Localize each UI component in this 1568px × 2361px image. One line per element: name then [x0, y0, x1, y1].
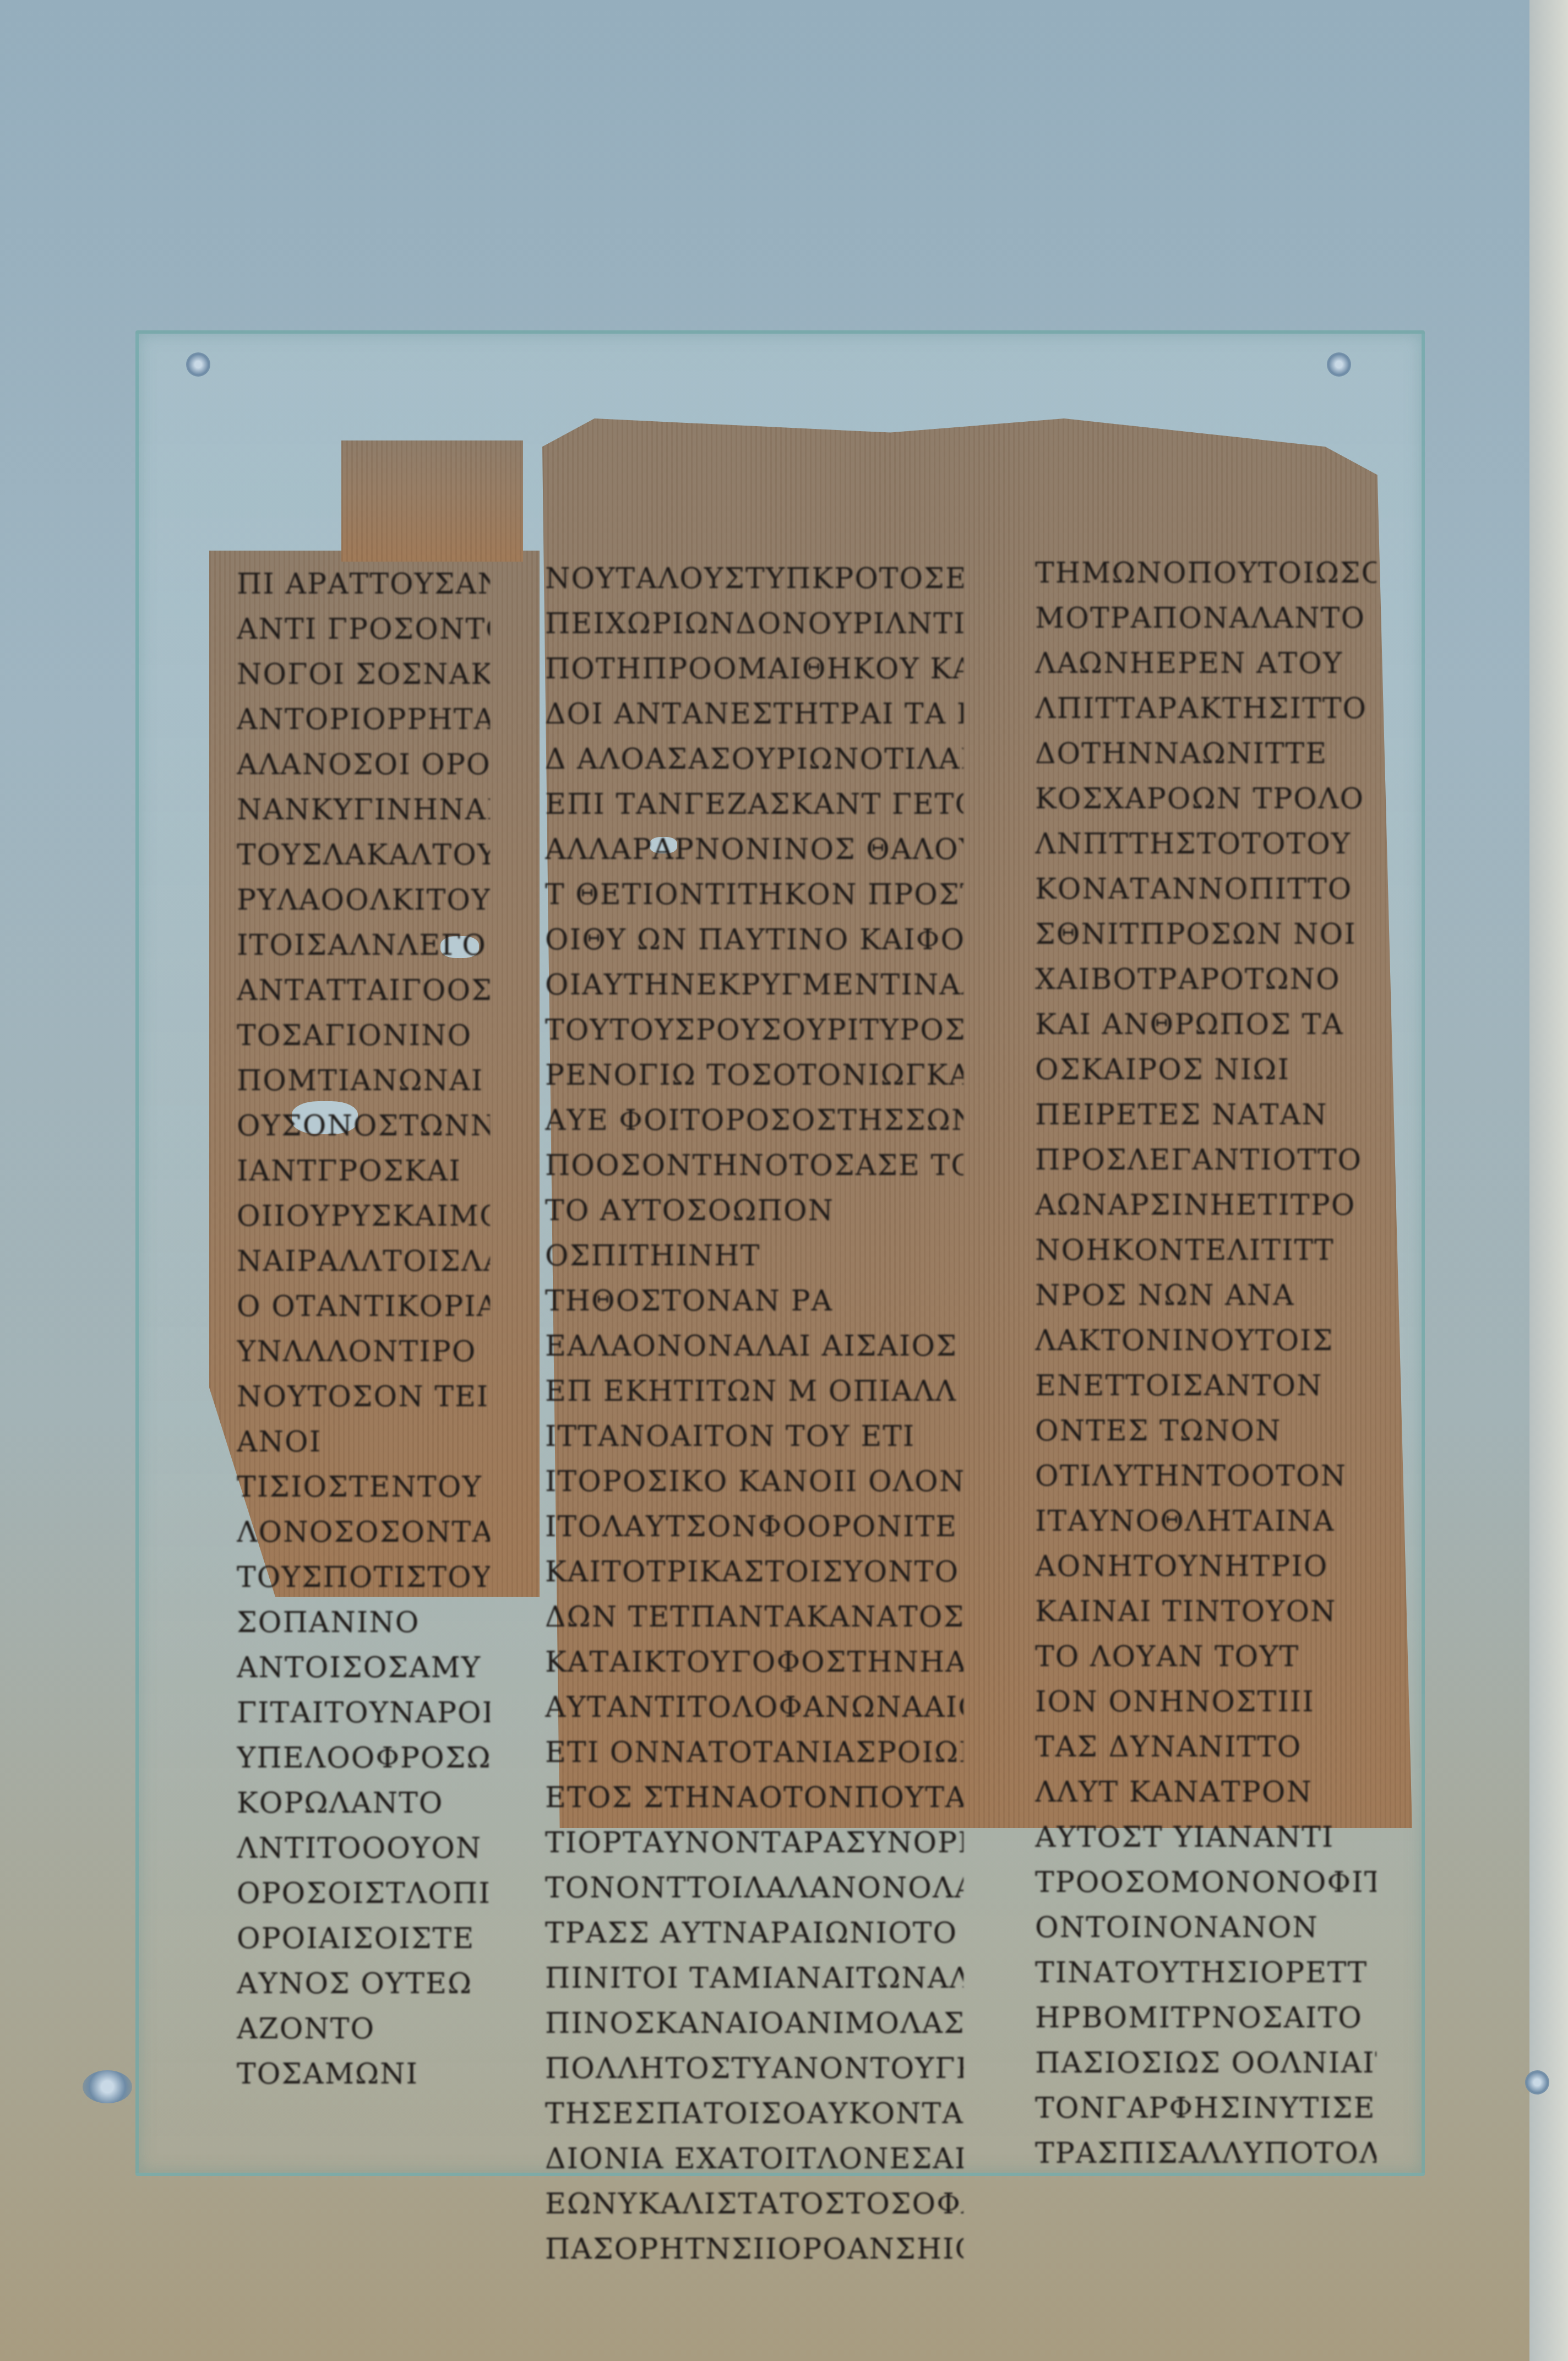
text-line: ΥΝΛΛΛΟΝΤΙΡΟ: [237, 1329, 490, 1374]
text-line: ΟΣΚΑΙΡΟΣ ΝΙΩΙ: [1035, 1047, 1376, 1092]
text-line: ΡΕΝΟΓΙΩ ΤΟΣΟΤΟΝΙΩΓΚΑΝΟ: [545, 1053, 963, 1098]
text-line: ΛΠΙΤΤΑΡΑΚΤΗΣΙΤΤΟ: [1035, 686, 1376, 731]
text-line: ΠΡΟΣΛΕΓΑΝΤΙΟΤΤΟ: [1035, 1138, 1376, 1183]
text-line: ΡΥΛΑΟΟΛΚΙΤΟΥΟ: [237, 878, 490, 923]
text-line: ΠΕΙΡΕΤΕΣ ΝΑΤΑΝ: [1035, 1092, 1376, 1138]
text-line: ΗΡΒΟΜΙΤΡΝΟΣΑΙΤΟ: [1035, 1995, 1376, 2041]
papyrus-left-top-piece: [341, 440, 523, 562]
text-line: ΟΡΟΙΑΙΣΟΙΣΤΕ: [237, 1916, 490, 1961]
text-line: ΚΟΣΧΑΡΟΩΝ ΤΡΟΛΟ: [1035, 776, 1376, 822]
text-line: ΑΖΟΝΤΟ: [237, 2006, 490, 2052]
text-line: ΠΑΣΟΡΗΤΝΣΙΙΟΡΟΑΝΣΗΙΟΤΟ: [545, 2227, 963, 2272]
text-line: ΠΟΤΗΠΡΟΟΜΑΙΘΗΚΟΥ ΚΑΙ ΤΟΜΙ: [545, 646, 963, 692]
text-line: ΑΥΤΟΣΤ ΥΙΑΝΑΝΤΙ: [1035, 1815, 1376, 1860]
text-line: ΙΤΟΛΑΥΤΣΟΝΦΟΟΡΟΝΙΤΕ: [545, 1504, 963, 1549]
text-line: ΣΟΠΑΝΙΝΟ: [237, 1600, 490, 1645]
text-line: ΓΙΤΑΙΤΟΥΝΑΡΟΙ: [237, 1690, 490, 1736]
text-line: ΠΟΛΛΗΤΟΣΤΥΑΝΟΝΤΟΥΓΡΙΛΙΑΣ: [545, 2046, 963, 2091]
text-line: ΟΡΟΣΟΙΣΤΛΟΠΙ: [237, 1871, 490, 1916]
text-line: ΤΡΟΟΣΟΜΟΝΟΝΟΦΙΤΙ: [1035, 1860, 1376, 1905]
wall-edge: [1529, 0, 1568, 2361]
text-line: Δ ΑΛΟΑΣΑΣΟΥΡΙΩΝΟΤΙΛΑΣΚΤΟΥΣ: [545, 737, 963, 782]
text-line: ΟΥΣΟΝΟΣΤΩΝΝ: [237, 1103, 490, 1149]
text-line: ΟΣΠΙΤΗΙΝΗΤ: [545, 1233, 963, 1279]
text-line: ΛΟΝΟΣΟΣΟΝΤΑΤΟ: [237, 1510, 490, 1555]
text-line: ΔΟΙ ΑΝΤΑΝΕΣΤΗΤΡΑΙ ΤΑ ΚΑΙΑΥ: [545, 692, 963, 737]
text-line: ΠΑΣΙΟΣΙΩΣ ΟΟΛΝΙΑΙΤ: [1035, 2041, 1376, 2086]
text-line: ΤΟΥΣΠΟΤΙΣΤΟΥ: [237, 1555, 490, 1600]
text-column-right: ΤΗΜΩΝΟΠΟΥΤΟΙΩΣΟΜΟΤΡΑΠΟΝΑΛΑΝΤΟΛΑΩΝΗΕΡΕΝ Α…: [1035, 551, 1376, 2176]
text-line: ΠΟΜΤΙΑΝΩΝΑΙ: [237, 1058, 490, 1103]
text-line: ΑΥΝΟΣ ΟΥΤΕΩ: [237, 1961, 490, 2006]
text-line: ΛΛΥΤ ΚΑΝΑΤΡΟΝ: [1035, 1770, 1376, 1815]
text-line: ΚΟΡΩΛΑΝΤΟ: [237, 1781, 490, 1826]
text-line: ΑΥΤΑΝΤΙΤΟΛΟΦΑΝΩΝΑΑΙΟΟΟΟΟ: [545, 1685, 963, 1730]
text-line: Τ ΘΕΤΙΟΝΤΙΤΗΚΟΝ ΠΡΟΣΤΟΙΣ: [545, 872, 963, 917]
text-line: ΑΝΟΙ: [237, 1419, 490, 1465]
text-line: ΟΤΙΛΥΤΗΝΤΟΟΤΟΝ: [1035, 1454, 1376, 1499]
text-line: ΤΟΣΑΓΙΟΝΙΝΟ: [237, 1013, 490, 1058]
text-line: ΤΙΝΑΤΟΥΤΗΣΙΟΡΕΤΤ: [1035, 1950, 1376, 1995]
text-line: ΙΤΤΑΝΟΑΙΤΟΝ ΤΟΥ ΕΤΙ: [545, 1414, 963, 1459]
text-line: ΑΝΤΟΙΣΟΣΑΜΥ: [237, 1645, 490, 1690]
text-line: ΠΟΟΣΟΝΤΗΝΟΤΟΣΑΣΕ ΤΟΥ: [545, 1143, 963, 1188]
text-line: ΚΑΙΤΟΤΡΙΚΑΣΤΟΙΣΥΟΝΤΟ ΚΑΙΟ: [545, 1549, 963, 1595]
text-line: ΑΛΛΑΡΑΡΝΟΝΙΝΟΣ ΘΑΛΟΥΦΑΝΤΙ: [545, 827, 963, 872]
text-line: ΟΙΙΟΥΡΥΣΚΑΙΜΟ: [237, 1194, 490, 1239]
text-line: ΟΙΑΥΤΗΝΕΚΡΥΓΜΕΝΤΙΝΑΛΛΟΙΩΝ: [545, 962, 963, 1008]
text-line: ΧΑΙΒΟΤΡΑΡΟΤΩΝΟ: [1035, 957, 1376, 1002]
mounting-pin-top-right: [1327, 352, 1351, 377]
text-line: Ο ΟΤΑΝΤΙΚΟΡΙΑΝΟΙ: [237, 1284, 490, 1329]
text-line: ΕΝΕΤΤΟΙΣΑΝΤΟΝ: [1035, 1363, 1376, 1408]
text-line: ΤΙΣΙΟΣΤΕΝΤΟΥ: [237, 1465, 490, 1510]
text-line: ΟΝΤΕΣ ΤΩΝΟΝ: [1035, 1408, 1376, 1454]
mounting-pin-bottom-left: [83, 2070, 132, 2103]
text-line: ΑΝΤΙ ΓΡΟΣΟΝΤΟ: [237, 607, 490, 652]
text-line: ΝΟΥΤΟΣΟΝ ΤΕΙΣ: [237, 1374, 490, 1419]
mounting-pin-bottom-right: [1525, 2070, 1549, 2095]
text-line: ΝΟΓΟΙ ΣΟΣΝΑΚΑ: [237, 652, 490, 697]
text-line: ΛΑΚΤΟΝΙΝΟΥΤΟΙΣ: [1035, 1318, 1376, 1363]
text-line: ΤΑΣ ΔΥΝΑΝΙΤΤΟ: [1035, 1724, 1376, 1770]
text-line: ΤΟ ΑΥΤΟΣΟΩΠΟΝ: [545, 1188, 963, 1233]
text-line: ΤΗΜΩΝΟΠΟΥΤΟΙΩΣΟ: [1035, 551, 1376, 596]
text-line: ΤΡΑΣΣ ΑΥΤΝΑΡΑΙΩΝΙΟΤΟ ΟΙΔΟΝ: [545, 1911, 963, 1956]
text-line: ΔΟΤΗΝΝΑΩΝΙΤΤΕ: [1035, 731, 1376, 776]
text-line: ΑΩΝΑΡΣΙΝΗΕΤΙΤΡΟ: [1035, 1183, 1376, 1228]
text-line: ΤΟΝΓΑΡΦΗΣΙΝΥΤΙΣΕ: [1035, 2086, 1376, 2131]
text-line: ΙΤΟΡΟΣΙΚΟ ΚΑΝΟΙΙ ΟΛΟΝΤΟ: [545, 1459, 963, 1504]
text-line: ΕΤΙ ΟΝΝΑΤΟΤΑΝΙΑΣΡΟΙΩΝΑ: [545, 1730, 963, 1775]
text-line: ΑΛΑΝΟΣΟΙ ΟΡΟΝΤΟΝ: [237, 742, 490, 787]
text-line: ΚΟΝΑΤΑΝΝΟΠΙΤΤΟ: [1035, 867, 1376, 912]
text-line: ΑΝΤΑΤΤΑΙΓΟΟΣ: [237, 968, 490, 1013]
text-line: ΤΟΣΑΜΩΝΙ: [237, 2052, 490, 2097]
text-line: ΟΙΘΥ ΩΝ ΠΑΥΤΙΝΟ ΚΑΙΦΟΒΟΣ: [545, 917, 963, 962]
text-line: ΙΤΑΥΝΟΘΛΗΤΑΙΝΑ: [1035, 1499, 1376, 1544]
text-line: ΤΙΟΡΤΑΥΝΟΝΤΑΡΑΣΥΝΟΡΙΑΝ: [545, 1820, 963, 1865]
text-line: ΛΝΤΙΤΟΟΟΥΟΝ: [237, 1826, 490, 1871]
text-line: ΑΟΝΗΤΟΥΝΗΤΡΙΟ: [1035, 1544, 1376, 1589]
text-column-middle: ΝΟΥΤΑΛΟΥΣΤΥΠΚΡΟΤΟΣΕΝΤΟΝΟΠΕΙΧΩΡΙΩΝΔΟΝΟΥΡΙ…: [545, 556, 963, 2272]
text-line: ΑΝΤΟΡΙΟΡΡΗΤΑΝ: [237, 697, 490, 742]
text-line: ΔΙΟΝΙΑ ΕΧΑΤΟΙΤΛΟΝΕΣΑΙΑ: [545, 2136, 963, 2182]
text-line: ΚΑΙΝΑΙ ΤΙΝΤΟΥΟΝ: [1035, 1589, 1376, 1634]
mounting-pin-top-left: [186, 352, 210, 377]
text-line: ΙΟΝ ΟΝΗΝΟΣΤΙΙΙ: [1035, 1679, 1376, 1724]
text-line: ΕΤΟΣ ΣΤΗΝΑΟΤΟΝΠΟΥΤΑΣΟΝ: [545, 1775, 963, 1820]
text-line: ΣΘΝΙΤΠΡΟΣΩΝ ΝΟΙ: [1035, 912, 1376, 957]
text-line: ΜΟΤΡΑΠΟΝΑΛΑΝΤΟ: [1035, 596, 1376, 641]
text-line: ΝΑΝΚΥΓΙΝΗΝΑΚΟ: [237, 787, 490, 833]
text-line: ΠΙΝΙΤΟΙ ΤΑΜΙΑΝΑΙΤΩΝΑΛΛΑΝΟΣ: [545, 1956, 963, 2001]
text-line: ΤΟ ΛΟΥΑΝ ΤΟΥΤ: [1035, 1634, 1376, 1679]
text-line: ΕΠΙ ΤΑΝΓΕΖΑΣΚΑΝΤ ΓΕΤΟΠΡΟΚΑΙ: [545, 782, 963, 827]
text-line: ΠΙ ΑΡΑΤΤΟΥΣΑΝΦΟΝ: [237, 562, 490, 607]
text-line: ΤΟΥΣΛΑΚΑΛΤΟΥ: [237, 833, 490, 878]
text-line: ΤΟΝΟΝΤΤΟΙΛΑΛΑΝΟΝΟΛΑΙΝΟ: [545, 1865, 963, 1911]
text-line: ΚΑΙ ΑΝΘΡΩΠΟΣ ΤΑ: [1035, 1002, 1376, 1047]
text-line: ΔΩΝ ΤΕΤΠΑΝΤΑΚΑΝΑΤΟΣΤΟΝΟΝ: [545, 1595, 963, 1640]
text-column-left: ΠΙ ΑΡΑΤΤΟΥΣΑΝΦΟΝΑΝΤΙ ΓΡΟΣΟΝΤΟΝΟΓΟΙ ΣΟΣΝΑ…: [237, 562, 490, 2097]
text-line: ΠΕΙΧΩΡΙΩΝΔΟΝΟΥΡΙΛΝΤΙΚΑΝΤΙ: [545, 601, 963, 646]
text-line: ΛΝΠΤΤΗΣΤΟΤΟΤΟΥ: [1035, 822, 1376, 867]
text-line: ΤΗΘΟΣΤΟΝΑΝ ΡΑ: [545, 1279, 963, 1324]
text-line: ΕΩΝΥΚΑΛΙΣΤΑΤΟΣΤΟΣΟΦΑΝ: [545, 2182, 963, 2227]
text-line: ΤΡΑΣΠΙΣΑΛΛΥΠΟΤΟΛΟΝ: [1035, 2131, 1376, 2176]
text-line: ΝΟΥΤΑΛΟΥΣΤΥΠΚΡΟΤΟΣΕΝΤΟΝΟ: [545, 556, 963, 601]
text-line: ΛΑΩΝΗΕΡΕΝ ΑΤΟΥ: [1035, 641, 1376, 686]
text-line: ΑΥΕ ΦΟΙΤΟΡΟΣΟΣΤΗΣΣΩΝΕΣ: [545, 1098, 963, 1143]
text-line: ΕΑΛΑΟΝΟΝΑΛΑΙ ΑΙΣΑΙΟΣ: [545, 1324, 963, 1369]
text-line: ΠΙΝΟΣΚΑΝΑΙΟΑΝΙΜΟΛΑΣΛΑΛΟΝΟ: [545, 2001, 963, 2046]
text-line: ΤΗΣΕΣΠΑΤΟΙΣΟΑΥΚΟΝΤΑΝΙΓΙΟ: [545, 2091, 963, 2136]
text-line: ΕΠ ΕΚΗΤΙΤΩΝ Μ ΟΠΙΑΛΛ: [545, 1369, 963, 1414]
text-line: ΚΑΤΑΙΚΤΟΥΓΟΦΟΣΤΗΝΗΑΝ: [545, 1640, 963, 1685]
text-line: ΙΤΟΙΣΑΛΝΛΕΓΟ: [237, 923, 490, 968]
text-line: ΥΠΕΛΟΟΦΡΟΣΩΝ: [237, 1736, 490, 1781]
text-line: ΝΑΙΡΑΛΛΤΟΙΣΛΑ: [237, 1239, 490, 1284]
text-line: ΙΑΝΤΓΡΟΣΚΑΙ: [237, 1149, 490, 1194]
text-line: ΟΝΤΟΙΝΟΝΑΝΟΝ: [1035, 1905, 1376, 1950]
text-line: ΝΡΟΣ ΝΩΝ ΑΝΑ: [1035, 1273, 1376, 1318]
text-line: ΝΟΗΚΟΝΤΕΛΙΤΙΤΤ: [1035, 1228, 1376, 1273]
text-line: ΤΟΥΤΟΥΣΡΟΥΣΟΥΡΙΤΥΡΟΣΑΛΟΙΑ: [545, 1008, 963, 1053]
